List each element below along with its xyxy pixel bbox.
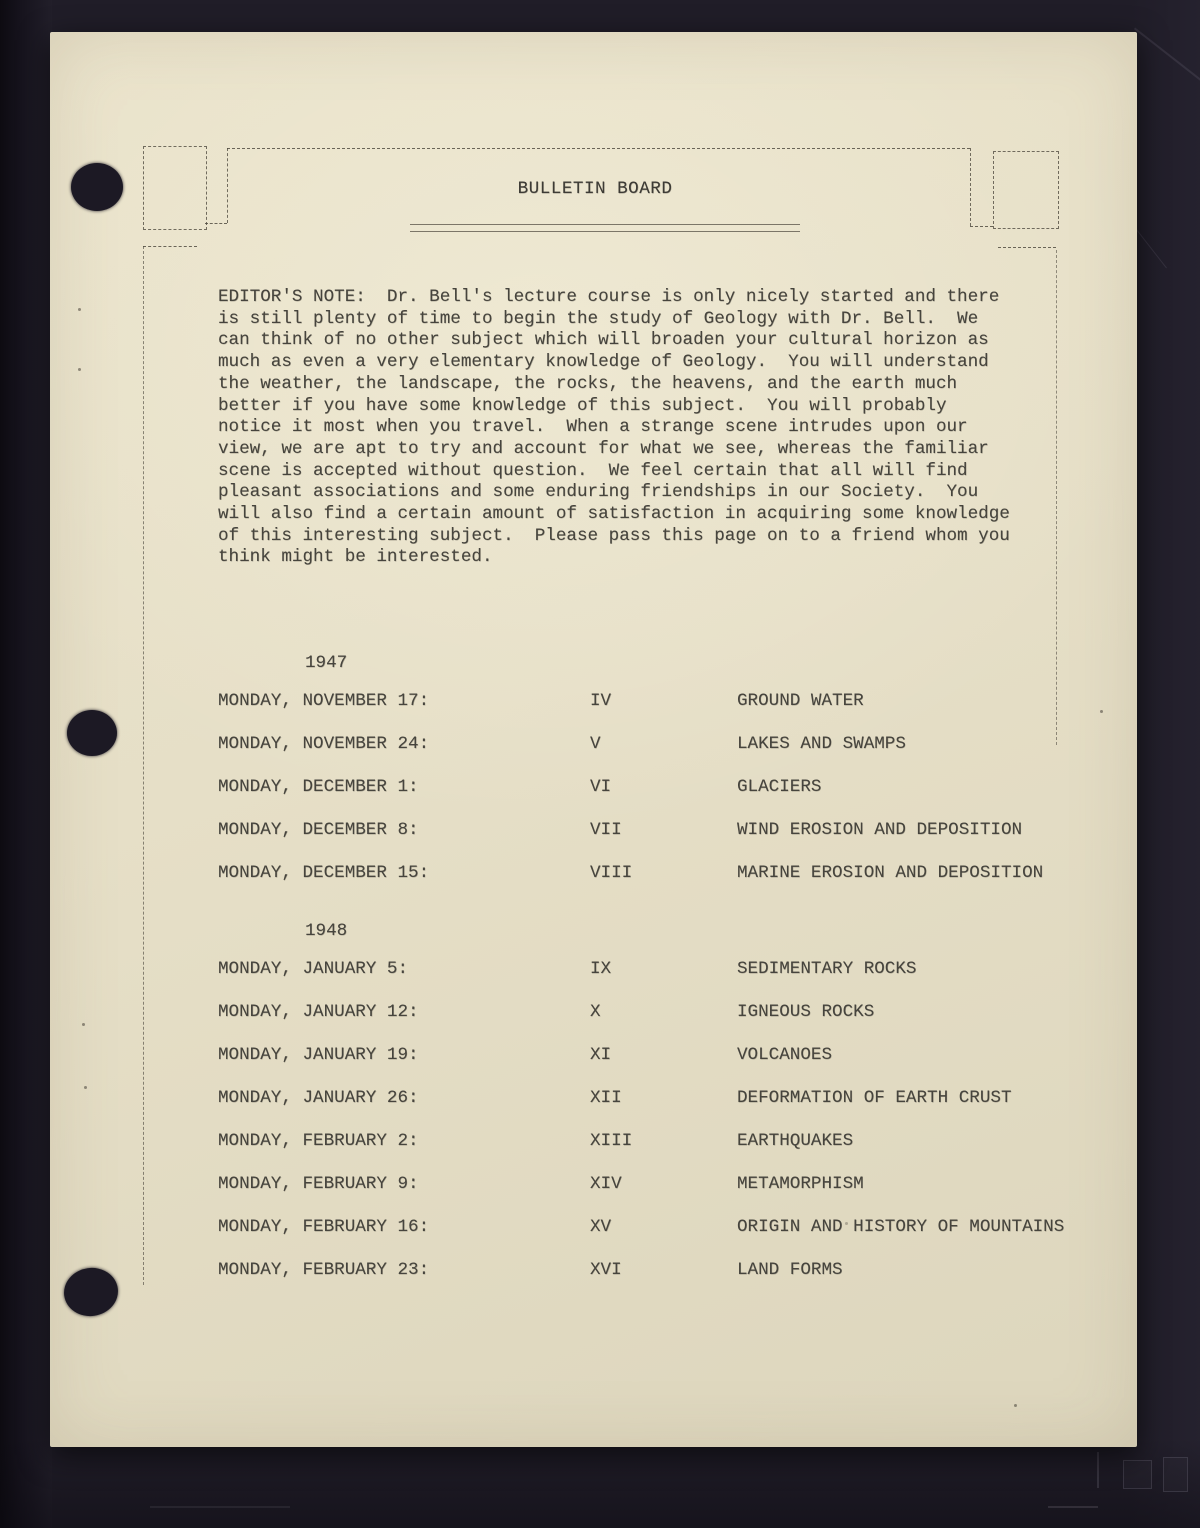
- corner-box-left: [143, 146, 207, 230]
- header-left-connector: [227, 148, 228, 223]
- ghost-page-mark: [1123, 1460, 1152, 1489]
- schedule-section-1948: 1948 MONDAY, JANUARY 5: IX SEDIMENTARY R…: [218, 920, 347, 1302]
- header-right-connector: [970, 148, 971, 226]
- schedule-row: MONDAY, FEBRUARY 16: XV ORIGIN AND HISTO…: [218, 1216, 347, 1259]
- corner-box-right: [993, 151, 1059, 229]
- editors-note-line: of this interesting subject. Please pass…: [218, 526, 1010, 548]
- schedule-row: MONDAY, FEBRUARY 9: XIV METAMORPHISM: [218, 1173, 347, 1216]
- lecture-date: MONDAY, DECEMBER 1:: [218, 776, 419, 798]
- schedule-row: MONDAY, JANUARY 5: IX SEDIMENTARY ROCKS: [218, 958, 347, 1001]
- lecture-topic: GROUND WATER: [737, 690, 864, 712]
- lecture-numeral: VIII: [590, 862, 632, 884]
- schedule-row: MONDAY, JANUARY 19: XI VOLCANOES: [218, 1044, 347, 1087]
- lecture-date: MONDAY, DECEMBER 15:: [218, 862, 429, 884]
- lecture-numeral: XIV: [590, 1173, 622, 1195]
- schedule-year: 1948: [218, 920, 347, 958]
- background-bottom-shade: [0, 1438, 1200, 1528]
- schedule-row: MONDAY, FEBRUARY 23: XVI LAND FORMS: [218, 1259, 347, 1302]
- lecture-topic: IGNEOUS ROCKS: [737, 1001, 874, 1023]
- punch-hole: [67, 710, 117, 756]
- lecture-date: MONDAY, JANUARY 26:: [218, 1087, 419, 1109]
- schedule-section-1947: 1947 MONDAY, NOVEMBER 17: IV GROUND WATE…: [218, 652, 347, 905]
- editors-note-line: notice it most when you travel. When a s…: [218, 417, 1010, 439]
- right-margin-cap-rule: [998, 247, 1056, 248]
- paper-speck: [845, 1222, 848, 1225]
- editors-note-line: can think of no other subject which will…: [218, 330, 1010, 352]
- paper-speck: [84, 1086, 87, 1089]
- paper-speck: [1014, 1404, 1017, 1407]
- title-underline: [410, 224, 800, 225]
- lecture-date: MONDAY, JANUARY 5:: [218, 958, 408, 980]
- lecture-date: MONDAY, FEBRUARY 23:: [218, 1259, 429, 1281]
- lecture-date: MONDAY, FEBRUARY 16:: [218, 1216, 429, 1238]
- lecture-topic: EARTHQUAKES: [737, 1130, 853, 1152]
- lecture-date: MONDAY, NOVEMBER 24:: [218, 733, 429, 755]
- lecture-numeral: VI: [590, 776, 611, 798]
- schedule-row: MONDAY, NOVEMBER 17: IV GROUND WATER: [218, 690, 347, 733]
- background-right-shade: [1130, 0, 1200, 1528]
- lecture-numeral: V: [590, 733, 601, 755]
- left-margin-rule: [143, 246, 144, 1285]
- editors-note-line: the weather, the landscape, the rocks, t…: [218, 374, 1010, 396]
- schedule-row: MONDAY, JANUARY 12: X IGNEOUS ROCKS: [218, 1001, 347, 1044]
- lecture-date: MONDAY, FEBRUARY 2:: [218, 1130, 419, 1152]
- lecture-numeral: IX: [590, 958, 611, 980]
- lecture-topic: DEFORMATION OF EARTH CRUST: [737, 1087, 1012, 1109]
- title-underline: [410, 231, 800, 232]
- lecture-numeral: X: [590, 1001, 601, 1023]
- lecture-topic: LAND FORMS: [737, 1259, 843, 1281]
- lecture-topic: GLACIERS: [737, 776, 821, 798]
- lecture-topic: ORIGIN AND HISTORY OF MOUNTAINS: [737, 1216, 1064, 1238]
- schedule-row: MONDAY, NOVEMBER 24: V LAKES AND SWAMPS: [218, 733, 347, 776]
- lecture-numeral: IV: [590, 690, 611, 712]
- punch-hole: [61, 1264, 121, 1319]
- lecture-topic: WIND EROSION AND DEPOSITION: [737, 819, 1022, 841]
- editors-note-line: scene is accepted without question. We f…: [218, 461, 1010, 483]
- scanned-page-photo: { "header": { "title": "BULLETIN BOARD" …: [0, 0, 1200, 1528]
- editors-note-line: view, we are apt to try and account for …: [218, 439, 1010, 461]
- paper-speck: [82, 1023, 85, 1026]
- editors-note-line: think might be interested.: [218, 547, 1010, 569]
- paper-speck: [1100, 710, 1103, 713]
- schedule-row: MONDAY, JANUARY 26: XII DEFORMATION OF E…: [218, 1087, 347, 1130]
- schedule-row: MONDAY, FEBRUARY 2: XIII EARTHQUAKES: [218, 1130, 347, 1173]
- lecture-date: MONDAY, JANUARY 12:: [218, 1001, 419, 1023]
- ghost-page-mark: [1097, 1452, 1099, 1488]
- right-margin-rule: [1056, 250, 1057, 745]
- schedule-row: MONDAY, DECEMBER 8: VII WIND EROSION AND…: [218, 819, 347, 862]
- header-top-rule: [227, 148, 970, 149]
- lecture-numeral: XIII: [590, 1130, 632, 1152]
- editors-note-line: much as even a very elementary knowledge…: [218, 352, 1010, 374]
- schedule-row: MONDAY, DECEMBER 1: VI GLACIERS: [218, 776, 347, 819]
- paper-speck: [78, 368, 81, 371]
- editors-note-line: better if you have some knowledge of thi…: [218, 396, 1010, 418]
- ghost-page-mark: [1048, 1506, 1098, 1508]
- left-margin-cap-rule: [143, 246, 197, 247]
- editors-note-line: is still plenty of time to begin the stu…: [218, 309, 1010, 331]
- lecture-topic: METAMORPHISM: [737, 1173, 864, 1195]
- editors-note: EDITOR'S NOTE: Dr. Bell's lecture course…: [218, 287, 1010, 569]
- lecture-numeral: XI: [590, 1044, 611, 1066]
- header-left-connector: [205, 223, 227, 224]
- lecture-topic: MARINE EROSION AND DEPOSITION: [737, 862, 1043, 884]
- editors-note-line: EDITOR'S NOTE: Dr. Bell's lecture course…: [218, 287, 1010, 309]
- lecture-date: MONDAY, NOVEMBER 17:: [218, 690, 429, 712]
- lecture-date: MONDAY, FEBRUARY 9:: [218, 1173, 419, 1195]
- editors-note-line: pleasant associations and some enduring …: [218, 482, 1010, 504]
- lecture-numeral: XV: [590, 1216, 611, 1238]
- lecture-numeral: XII: [590, 1087, 622, 1109]
- lecture-date: MONDAY, DECEMBER 8:: [218, 819, 419, 841]
- binder-spine-shadow: [0, 0, 52, 1528]
- lecture-topic: SEDIMENTARY ROCKS: [737, 958, 917, 980]
- punch-hole: [71, 163, 123, 211]
- lecture-topic: LAKES AND SWAMPS: [737, 733, 906, 755]
- lecture-topic: VOLCANOES: [737, 1044, 832, 1066]
- header-right-connector: [970, 226, 993, 227]
- ghost-page-mark: [150, 1506, 290, 1508]
- schedule-row: MONDAY, DECEMBER 15: VIII MARINE EROSION…: [218, 862, 347, 905]
- lecture-date: MONDAY, JANUARY 19:: [218, 1044, 419, 1066]
- ghost-page-mark: [1163, 1457, 1188, 1492]
- schedule-year: 1947: [218, 652, 347, 690]
- lecture-numeral: XVI: [590, 1259, 622, 1281]
- editors-note-line: will also find a certain amount of satis…: [218, 504, 1010, 526]
- lecture-numeral: VII: [590, 819, 622, 841]
- document-page: BULLETIN BOARD EDITOR'S NOTE: Dr. Bell's…: [50, 32, 1137, 1447]
- paper-speck: [78, 308, 81, 311]
- page-title: BULLETIN BOARD: [495, 178, 695, 200]
